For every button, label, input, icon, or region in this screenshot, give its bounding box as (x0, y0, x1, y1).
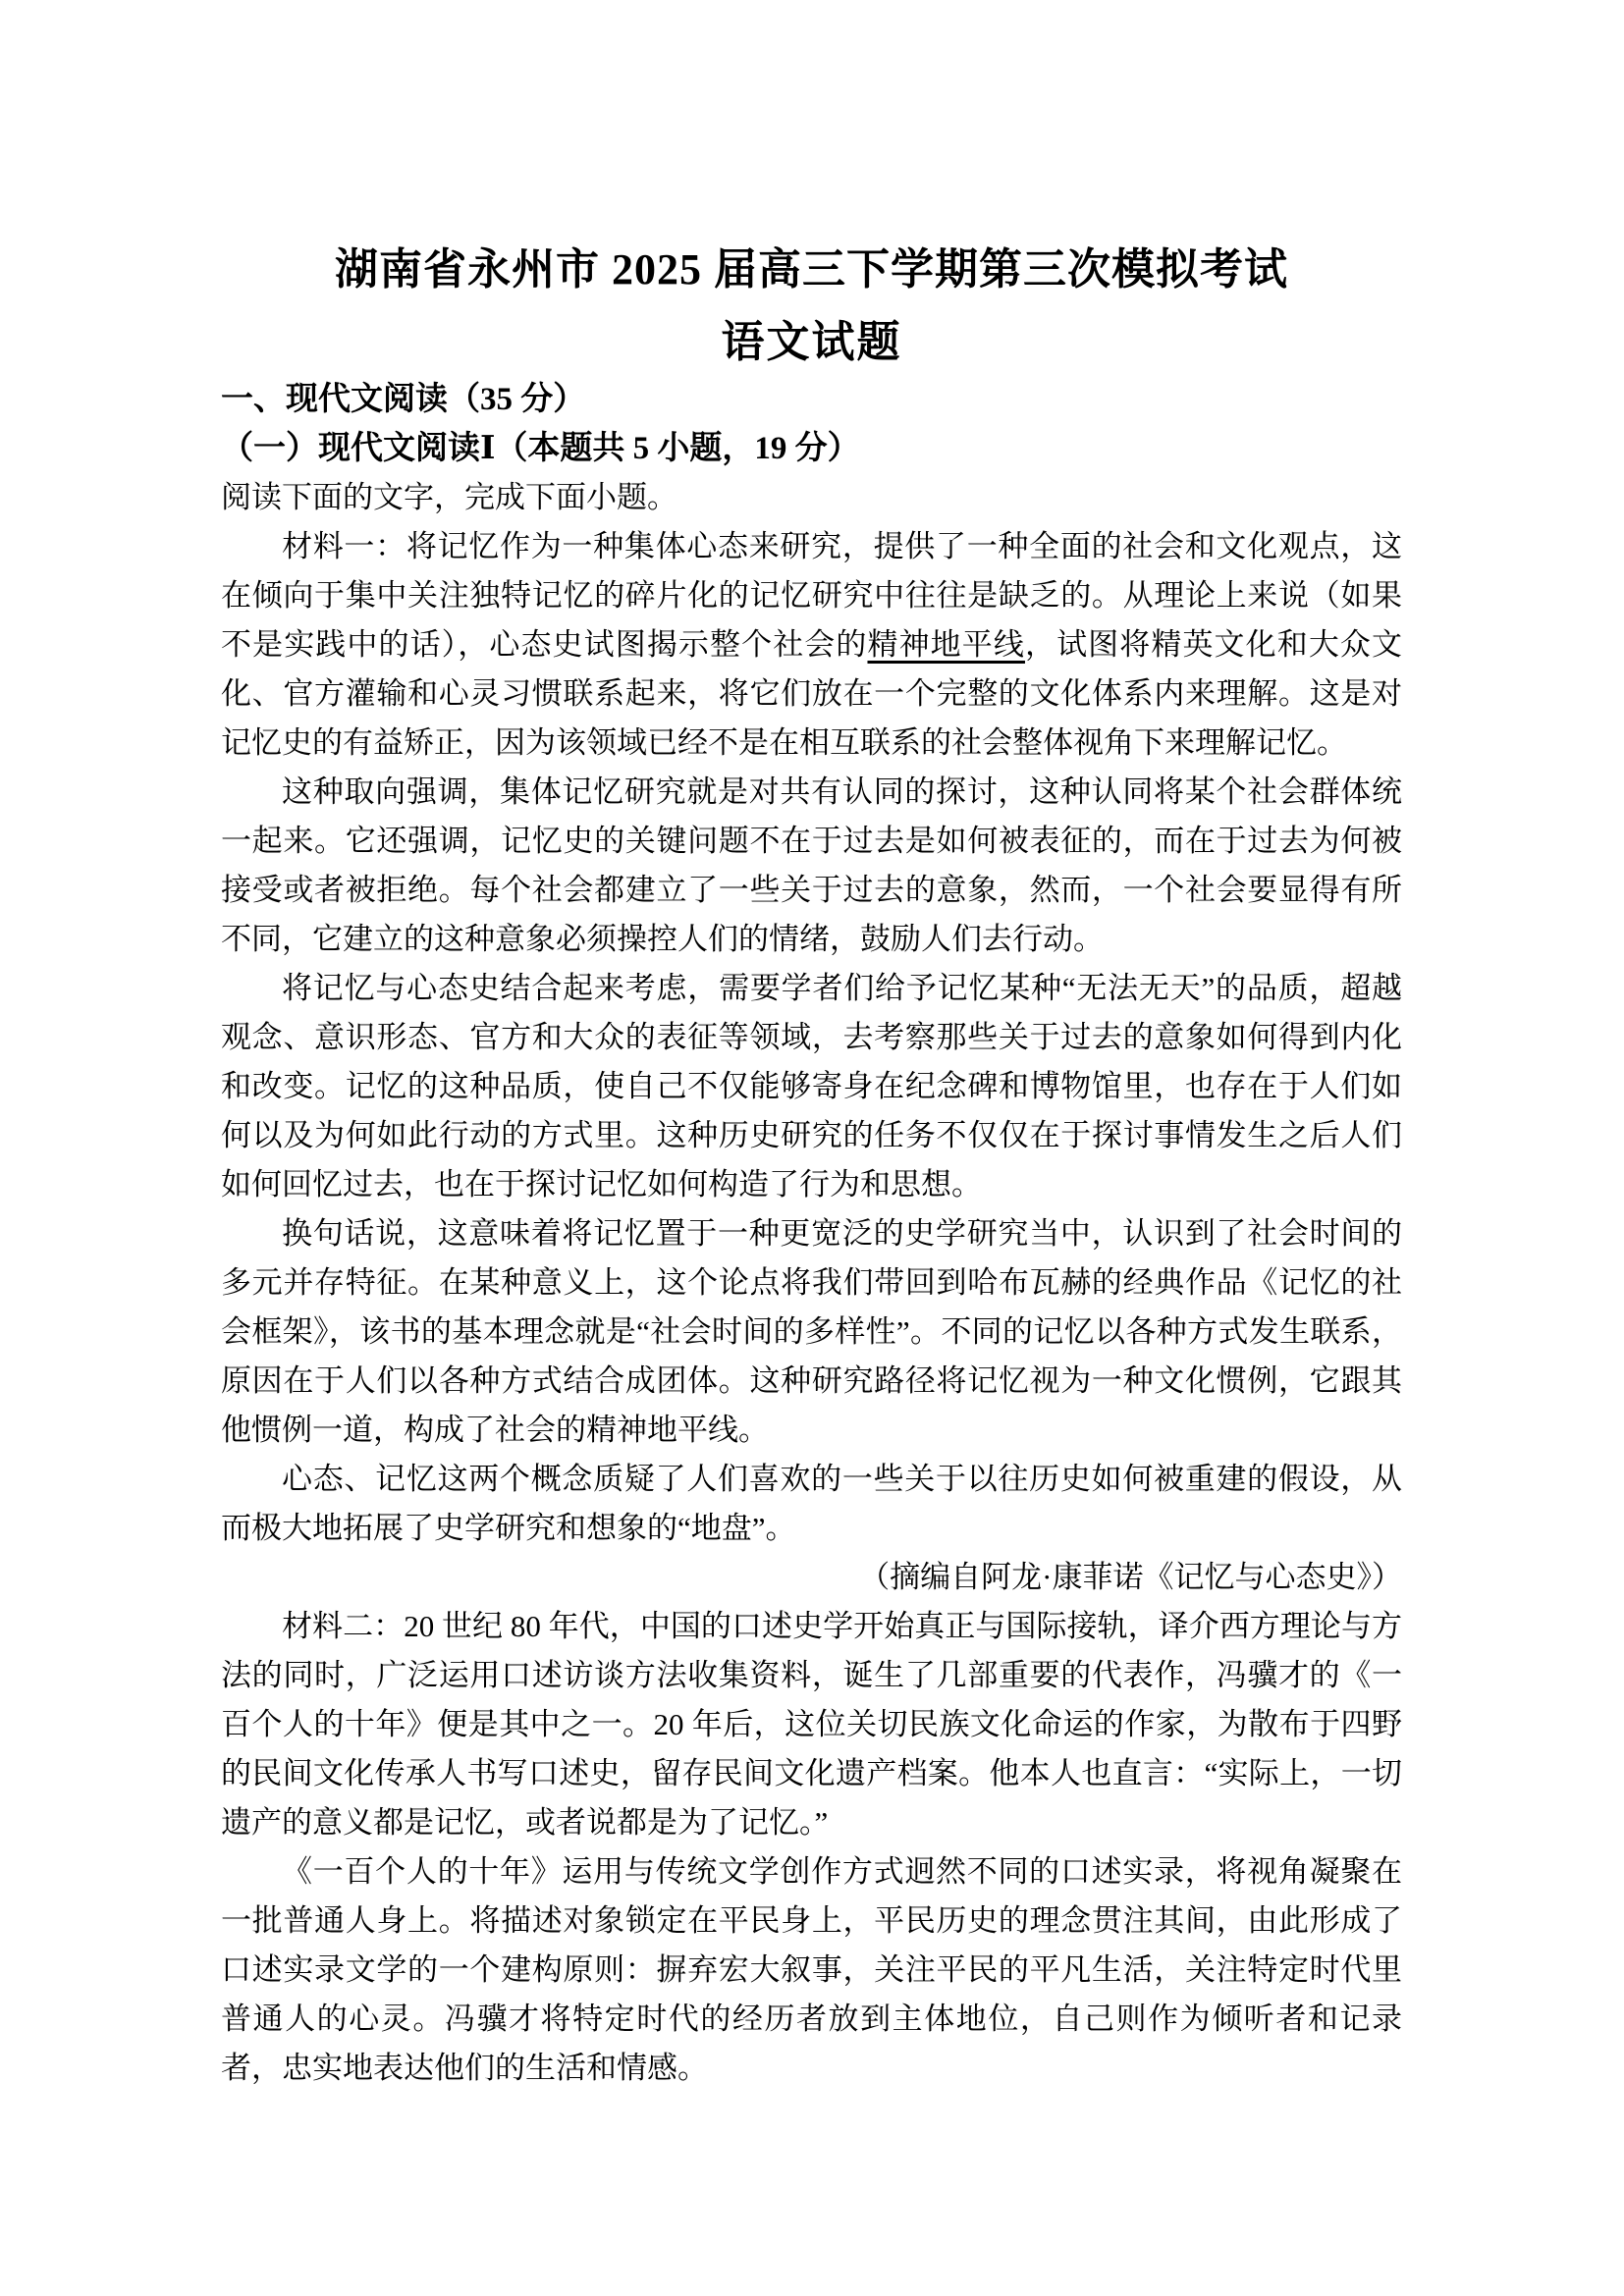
material-two-paragraph-2: 《一百个人的十年》运用与传统文学创作方式迥然不同的口述实录，将视角凝聚在一批普通… (221, 1847, 1402, 2093)
material-one-paragraph-2: 这种取向强调，集体记忆研究就是对共有认同的探讨，这种认同将某个社会群体统一起来。… (221, 768, 1402, 964)
material-one-paragraph-5: 心态、记忆这两个概念质疑了人们喜欢的一些关于以往历史如何被重建的假设，从而极大地… (221, 1455, 1402, 1553)
material-one-paragraph-1: 材料一：将记忆作为一种集体心态来研究，提供了一种全面的社会和文化观点，这在倾向于… (221, 522, 1402, 768)
material-one-paragraph-4: 换句话说，这意味着将记忆置于一种更宽泛的史学研究当中，认识到了社会时间的多元并存… (221, 1209, 1402, 1455)
document-subtitle: 语文试题 (221, 310, 1402, 375)
material-one-p1-underlined-term: 精神地平线 (867, 627, 1024, 662)
section-one-heading: 一、现代文阅读（35 分） (221, 375, 1402, 424)
document-title: 湖南省永州市 2025 届高三下学期第三次模拟考试 (221, 230, 1402, 310)
reading-instruction: 阅读下面的文字，完成下面小题。 (221, 473, 1402, 522)
document-content: 湖南省永州市 2025 届高三下学期第三次模拟考试 语文试题 一、现代文阅读（3… (221, 230, 1402, 2093)
material-one-paragraph-3: 将记忆与心态史结合起来考虑，需要学者们给予记忆某种“无法无天”的品质，超越观念、… (221, 964, 1402, 1209)
subsection-one-heading: （一）现代文阅读Ⅰ（本题共 5 小题，19 分） (221, 424, 1402, 473)
material-two-paragraph-1: 材料二：20 世纪 80 年代，中国的口述史学开始真正与国际接轨，译介西方理论与… (221, 1602, 1402, 1847)
exam-paper-page: 湖南省永州市 2025 届高三下学期第三次模拟考试 语文试题 一、现代文阅读（3… (0, 0, 1624, 2296)
material-one-attribution: （摘编自阿龙·康菲诺《记忆与心态史》） (221, 1553, 1402, 1602)
